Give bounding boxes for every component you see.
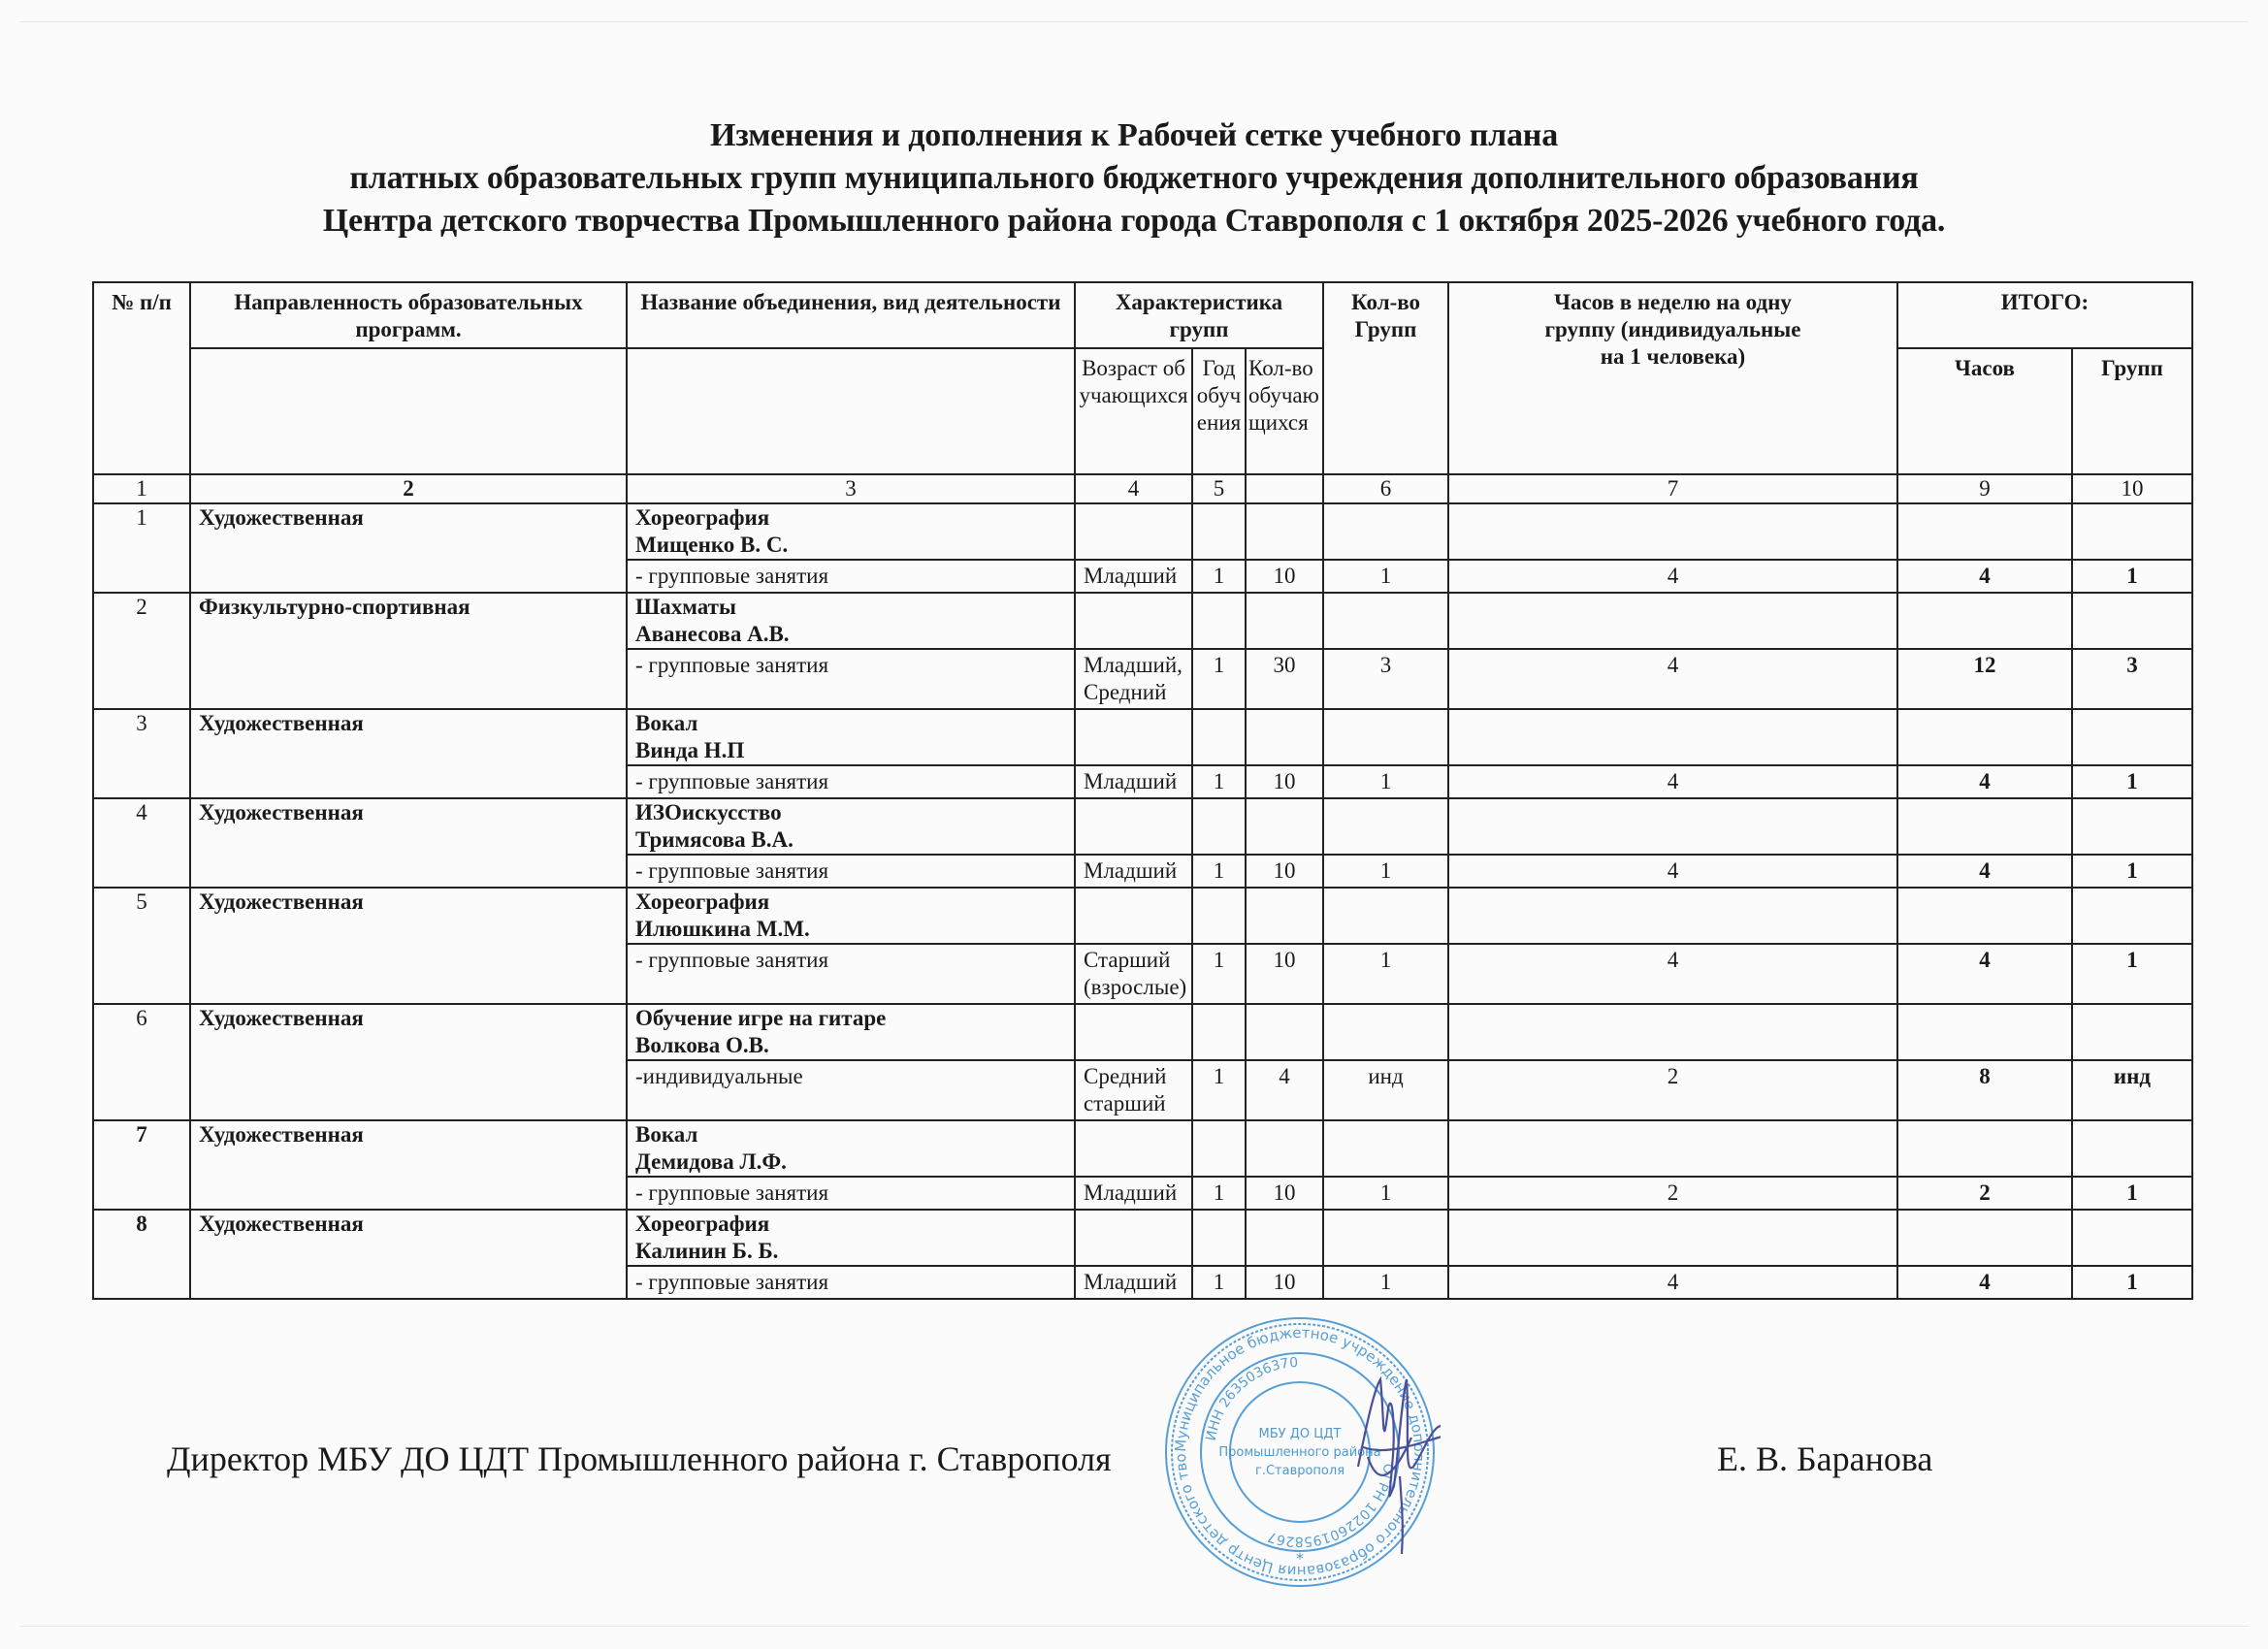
total-hours: 2 <box>1897 1177 2072 1210</box>
program-direction: Физкультурно-спортивная <box>190 593 627 709</box>
students-count: 10 <box>1246 1177 1323 1210</box>
hours-per-group: 4 <box>1448 855 1897 888</box>
table-row: 3ХудожественнаяВокалВинда Н.П <box>93 709 2192 765</box>
signatory-name: Е. В. Баранова <box>1717 1438 1932 1480</box>
header-direction-blank <box>190 348 627 474</box>
teacher-name: Мищенко В. С. <box>635 532 1066 559</box>
age-group: Младший <box>1075 855 1192 888</box>
header-total-groups: Групп <box>2072 348 2192 474</box>
row-number: 2 <box>93 593 190 709</box>
activity-type: - групповые занятия <box>627 765 1075 798</box>
header-association-blank <box>627 348 1075 474</box>
total-hours: 4 <box>1897 765 2072 798</box>
groups-count: инд <box>1323 1060 1448 1120</box>
program-direction: Художественная <box>190 503 627 593</box>
association-cell: ВокалДемидова Л.Ф. <box>627 1120 1075 1177</box>
stamp-seal-icon: Муниципальное бюджетное учреждение допол… <box>1159 1311 1441 1593</box>
table-row: 1ХудожественнаяХореографияМищенко В. С. <box>93 503 2192 560</box>
hours-per-group: 4 <box>1448 560 1897 593</box>
association-name: ИЗОискусство <box>635 799 1066 826</box>
age-group: Младший <box>1075 1177 1192 1210</box>
activity-type: - групповые занятия <box>627 944 1075 1004</box>
association-name: Хореография <box>635 889 1066 916</box>
column-number <box>1246 474 1323 503</box>
teacher-name: Калинин Б. Б. <box>635 1238 1066 1265</box>
groups-count: 3 <box>1323 649 1448 709</box>
age-group: Старший (взрослые) <box>1075 944 1192 1004</box>
table-row: 7ХудожественнаяВокалДемидова Л.Ф. <box>93 1120 2192 1177</box>
groups-count: 1 <box>1323 765 1448 798</box>
teacher-name: Винда Н.П <box>635 737 1066 764</box>
teacher-name: Демидова Л.Ф. <box>635 1148 1066 1176</box>
students-count: 10 <box>1246 944 1323 1004</box>
association-cell: ШахматыАванесова А.В. <box>627 593 1075 649</box>
column-number: 10 <box>2072 474 2192 503</box>
program-direction: Художественная <box>190 1120 627 1210</box>
activity-type: - групповые занятия <box>627 855 1075 888</box>
stamp-center-line-2: Промышленного района <box>1218 1445 1380 1460</box>
scan-artifact <box>19 21 2249 22</box>
table-row: 5ХудожественнаяХореографияИлюшкина М.М. <box>93 888 2192 944</box>
header-num: № п/п <box>93 282 190 474</box>
header-groups-count: Кол-во Групп <box>1323 282 1448 474</box>
header-total: ИТОГО: <box>1897 282 2192 348</box>
document-title-line-1: Изменения и дополнения к Рабочей сетке у… <box>0 114 2268 157</box>
association-name: Хореография <box>635 1211 1066 1238</box>
students-count: 30 <box>1246 649 1323 709</box>
program-direction: Художественная <box>190 888 627 1004</box>
total-groups: 1 <box>2072 855 2192 888</box>
hours-per-group: 4 <box>1448 1266 1897 1299</box>
row-number: 8 <box>93 1210 190 1299</box>
study-year: 1 <box>1192 1177 1246 1210</box>
study-year: 1 <box>1192 649 1246 709</box>
association-name: Вокал <box>635 710 1066 737</box>
study-year: 1 <box>1192 944 1246 1004</box>
teacher-name: Тримясова В.А. <box>635 826 1066 854</box>
total-groups: 1 <box>2072 1177 2192 1210</box>
groups-count: 1 <box>1323 1177 1448 1210</box>
header-total-hours: Часов <box>1897 348 2072 474</box>
signature-position: Директор МБУ ДО ЦДТ Промышленного района… <box>167 1438 1112 1480</box>
row-number: 1 <box>93 503 190 593</box>
program-direction: Художественная <box>190 798 627 888</box>
total-hours: 12 <box>1897 649 2072 709</box>
activity-type: - групповые занятия <box>627 1266 1075 1299</box>
students-count: 10 <box>1246 855 1323 888</box>
association-cell: Обучение игре на гитареВолкова О.В. <box>627 1004 1075 1060</box>
activity-type: - групповые занятия <box>627 560 1075 593</box>
association-cell: ХореографияКалинин Б. Б. <box>627 1210 1075 1266</box>
svg-text:*: * <box>1296 1549 1304 1568</box>
teacher-name: Илюшкина М.М. <box>635 916 1066 943</box>
students-count: 10 <box>1246 765 1323 798</box>
groups-count: 1 <box>1323 944 1448 1004</box>
header-hours-per-week: Часов в неделю на одну группу (индивидуа… <box>1448 282 1897 474</box>
total-groups: 3 <box>2072 649 2192 709</box>
program-direction: Художественная <box>190 1210 627 1299</box>
groups-count: 1 <box>1323 560 1448 593</box>
total-groups: 1 <box>2072 765 2192 798</box>
age-group: Младший <box>1075 1266 1192 1299</box>
association-name: Вокал <box>635 1121 1066 1148</box>
total-groups: 1 <box>2072 944 2192 1004</box>
header-students: Кол-во обучающихся <box>1246 348 1323 474</box>
row-number: 7 <box>93 1120 190 1210</box>
total-groups: 1 <box>2072 1266 2192 1299</box>
column-number: 1 <box>93 474 190 503</box>
row-number: 6 <box>93 1004 190 1120</box>
row-number: 3 <box>93 709 190 798</box>
official-stamp: Муниципальное бюджетное учреждение допол… <box>1159 1311 1441 1593</box>
teacher-name: Волкова О.В. <box>635 1032 1066 1059</box>
column-number: 5 <box>1192 474 1246 503</box>
association-name: Обучение игре на гитаре <box>635 1005 1066 1032</box>
students-count: 10 <box>1246 1266 1323 1299</box>
header-direction: Направленность образовательных программ. <box>190 282 627 348</box>
hours-per-group: 2 <box>1448 1060 1897 1120</box>
association-cell: ИЗОискусствоТримясова В.А. <box>627 798 1075 855</box>
column-number: 6 <box>1323 474 1448 503</box>
association-cell: ХореографияМищенко В. С. <box>627 503 1075 560</box>
document-title-line-2: платных образовательных групп муниципаль… <box>0 157 2268 200</box>
age-group: Младший, Средний <box>1075 649 1192 709</box>
column-number: 2 <box>190 474 627 503</box>
students-count: 4 <box>1246 1060 1323 1120</box>
column-number: 9 <box>1897 474 2072 503</box>
total-hours: 4 <box>1897 855 2072 888</box>
header-age: Возраст обучающихся <box>1075 348 1192 474</box>
table-row: 4ХудожественнаяИЗОискусствоТримясова В.А… <box>93 798 2192 855</box>
students-count: 10 <box>1246 560 1323 593</box>
groups-count: 1 <box>1323 1266 1448 1299</box>
column-number: 4 <box>1075 474 1192 503</box>
column-number: 7 <box>1448 474 1897 503</box>
association-name: Шахматы <box>635 594 1066 621</box>
study-year: 1 <box>1192 855 1246 888</box>
association-cell: ВокалВинда Н.П <box>627 709 1075 765</box>
age-group: Младший <box>1075 765 1192 798</box>
header-group-characteristics: Характеристика групп <box>1075 282 1323 348</box>
hours-per-group: 4 <box>1448 649 1897 709</box>
total-hours: 4 <box>1897 1266 2072 1299</box>
teacher-name: Аванесова А.В. <box>635 621 1066 648</box>
study-year: 1 <box>1192 560 1246 593</box>
total-groups: 1 <box>2072 560 2192 593</box>
header-association: Название объединения, вид деятельности <box>627 282 1075 348</box>
stamp-center-line-1: МБУ ДО ЦДТ <box>1259 1427 1342 1441</box>
association-cell: ХореографияИлюшкина М.М. <box>627 888 1075 944</box>
header-year: Год обучения <box>1192 348 1246 474</box>
column-numbers-row: 1234567910 <box>93 474 2192 503</box>
program-direction: Художественная <box>190 709 627 798</box>
row-number: 4 <box>93 798 190 888</box>
age-group: Средний старший <box>1075 1060 1192 1120</box>
association-name: Хореография <box>635 504 1066 532</box>
total-hours: 8 <box>1897 1060 2072 1120</box>
age-group: Младший <box>1075 560 1192 593</box>
column-number: 3 <box>627 474 1075 503</box>
table-row: 8ХудожественнаяХореографияКалинин Б. Б. <box>93 1210 2192 1266</box>
document-title-line-3: Центра детского творчества Промышленного… <box>0 200 2268 242</box>
program-direction: Художественная <box>190 1004 627 1120</box>
total-hours: 4 <box>1897 560 2072 593</box>
scan-artifact <box>19 1626 2249 1627</box>
activity-type: - групповые занятия <box>627 649 1075 709</box>
activity-type: - групповые занятия <box>627 1177 1075 1210</box>
row-number: 5 <box>93 888 190 1004</box>
total-groups: инд <box>2072 1060 2192 1120</box>
hours-per-group: 2 <box>1448 1177 1897 1210</box>
activity-type: -индивидуальные <box>627 1060 1075 1120</box>
hours-per-group: 4 <box>1448 944 1897 1004</box>
study-year: 1 <box>1192 1060 1246 1120</box>
study-year: 1 <box>1192 1266 1246 1299</box>
table-row: 2Физкультурно-спортивнаяШахматыАванесова… <box>93 593 2192 649</box>
table-row: 6ХудожественнаяОбучение игре на гитареВо… <box>93 1004 2192 1060</box>
hours-per-group: 4 <box>1448 765 1897 798</box>
stamp-center-line-3: г.Ставрополя <box>1255 1464 1345 1478</box>
total-hours: 4 <box>1897 944 2072 1004</box>
study-year: 1 <box>1192 765 1246 798</box>
curriculum-table: № п/п Направленность образовательных про… <box>92 281 2193 1300</box>
groups-count: 1 <box>1323 855 1448 888</box>
